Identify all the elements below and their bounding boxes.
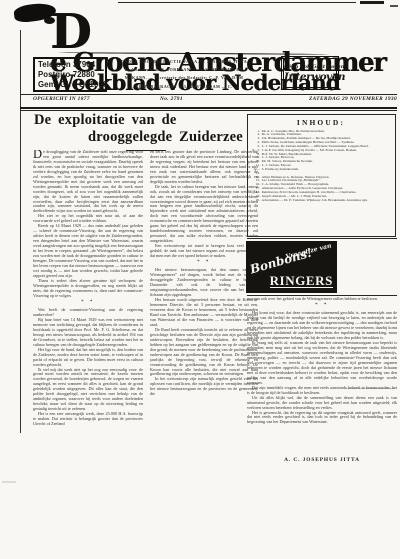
text-line: M. KANN. — Secretarie der Redactie: C. P…: [111, 74, 257, 82]
paragraph: Het is gewenscht, dat de regeering op di…: [247, 411, 397, 426]
newspaper-page: De Groene Amsterdammer Weekblad voor Ned…: [0, 0, 400, 559]
ringers-ad-top-rule: [247, 238, 397, 239]
editorial-credits: ONDER HOOFDREDACTIE VAN A. C. JOSEPHUS J…: [111, 58, 257, 91]
text-line: Telefoon 37964: [35, 60, 105, 70]
text-line: Gem. Giro G. 1000: [35, 80, 105, 90]
headline-line-2: drooggelegde Zuiderzee: [34, 129, 242, 146]
dateline-top-rule: [20, 94, 397, 95]
dateline-date: ZATERDAG 29 NOVEMBER 1930: [309, 96, 397, 102]
paragraph: De Raad heeft voornamelijk toezicht uit …: [150, 328, 258, 378]
paragraph: In het wetsontwerp zijn natuurlijk regel…: [150, 377, 258, 397]
body-column-1: De drooglegging van de Zuiderzee stelt o…: [33, 150, 143, 471]
dateline-founded: OPGERICHT IN 1877: [33, 96, 90, 102]
ringers-ad-brand: RINGERS: [270, 274, 333, 289]
paragraph: Ik vraag mij zelfs af, waarom de taak va…: [247, 341, 397, 386]
paragraph: Thans is sedert dien alweer geruime tijd…: [33, 279, 143, 299]
body-column-2: en zelfs iets grooter dan de provincie L…: [150, 150, 258, 471]
scan-top-rule: [118, 2, 356, 3]
headline-line-1: De exploitatie van de: [34, 112, 242, 129]
scan-corner-mark: [390, 5, 398, 7]
ringers-ad: Bonbons! Vraagt ze van RINGERS: [246, 241, 337, 293]
paragraph: Een wetsontwerp tot stand te brengen kos…: [150, 244, 258, 259]
dateline-thin-rule: [20, 110, 397, 111]
masthead-initial: D: [50, 13, 90, 52]
paragraph: morgen ook over het gebied van de Wierin…: [247, 297, 397, 302]
paragraph: Het komt mij voor, dat deze constructie …: [247, 311, 397, 341]
article-headline: De exploitatie van de drooggelegde Zuide…: [34, 112, 242, 151]
paragraph: De drooglegging van de Zuiderzee stelt o…: [33, 150, 143, 214]
paragraph: Het nieuwe bestuursorgaan, dat den naam …: [150, 268, 258, 298]
paragraph: Het ligt voor de hand, dat het niet moge…: [33, 348, 143, 368]
paragraph: De taak, het in cultuur brengen van het …: [150, 185, 258, 244]
text-line: — KEIZERSGRACHT 333, AMSTERDAM — C. —: [111, 83, 257, 91]
inhoud-title: INHOUD:: [251, 118, 391, 127]
paragraph: Het is een zeer omvangrijk werk, deze 25…: [33, 412, 143, 427]
inhoud-item: 20.Advertenties — Dr. E. Tuinman. Wijnko…: [251, 199, 391, 203]
page-left-border: [20, 30, 21, 433]
paragraph-separator: * *: [247, 303, 397, 310]
paragraph: en zelfs iets grooter dan de provincie L…: [150, 150, 258, 185]
inhoud-box: INHOUD: 1.Mr. A. C. Josephus Jitta, De Z…: [247, 114, 396, 237]
paragraph: Uit dit alles blijkt wel, dat de samenst…: [247, 396, 397, 411]
article-signature: A. C. JOSEPHUS JITTA: [247, 457, 397, 463]
interwoven-ad: Géén Sok Gaat Boven Interwoven: [281, 56, 339, 90]
paragraph-separator: * *: [150, 260, 258, 267]
inhoud-list: 1.Mr. A. C. Josephus Jitta, De Zuiderzee…: [251, 130, 391, 203]
ringers-ad-bottom-rule: [247, 295, 397, 296]
paragraph: Ik stel mij dat werk niet op het oog zoo…: [33, 368, 143, 413]
text-line: ONDER HOOFDREDACTIE VAN A. C. JOSEPHUS J…: [111, 58, 257, 66]
scan-faint-dash: [2, 481, 16, 483]
dateline-thick-rule: [20, 107, 397, 109]
interwoven-slogan: Géén Sok Gaat Boven: [284, 64, 336, 71]
inhoud-item-text: Advertenties — Dr. E. Tuinman. Wijnkoop:…: [262, 199, 391, 203]
scan-top-dash: [360, 1, 384, 4]
paragraph: Het bestuur wordt uitgeoefend door een d…: [150, 298, 258, 328]
paragraph-separator: * *: [33, 300, 143, 307]
body-column-3: morgen ook over het gebied van de Wierin…: [247, 297, 397, 456]
text-line: Postgiro 72880: [35, 70, 105, 80]
contact-info-box: Telefoon 37964Postgiro 72880Gem. Giro G.…: [33, 57, 107, 92]
text-line: Redacteuren: L. J. JORDAAN, F. G. SCHELT…: [111, 66, 257, 74]
interwoven-brand: Interwoven: [284, 71, 336, 83]
dateline-issue-number: No. 2791: [160, 96, 183, 102]
paragraph: Reeds op 14 Maart 1929 — dus ruim anderh…: [33, 224, 143, 278]
paragraph: Bij haar brief van 14 Maart 1929 was een…: [33, 318, 143, 348]
